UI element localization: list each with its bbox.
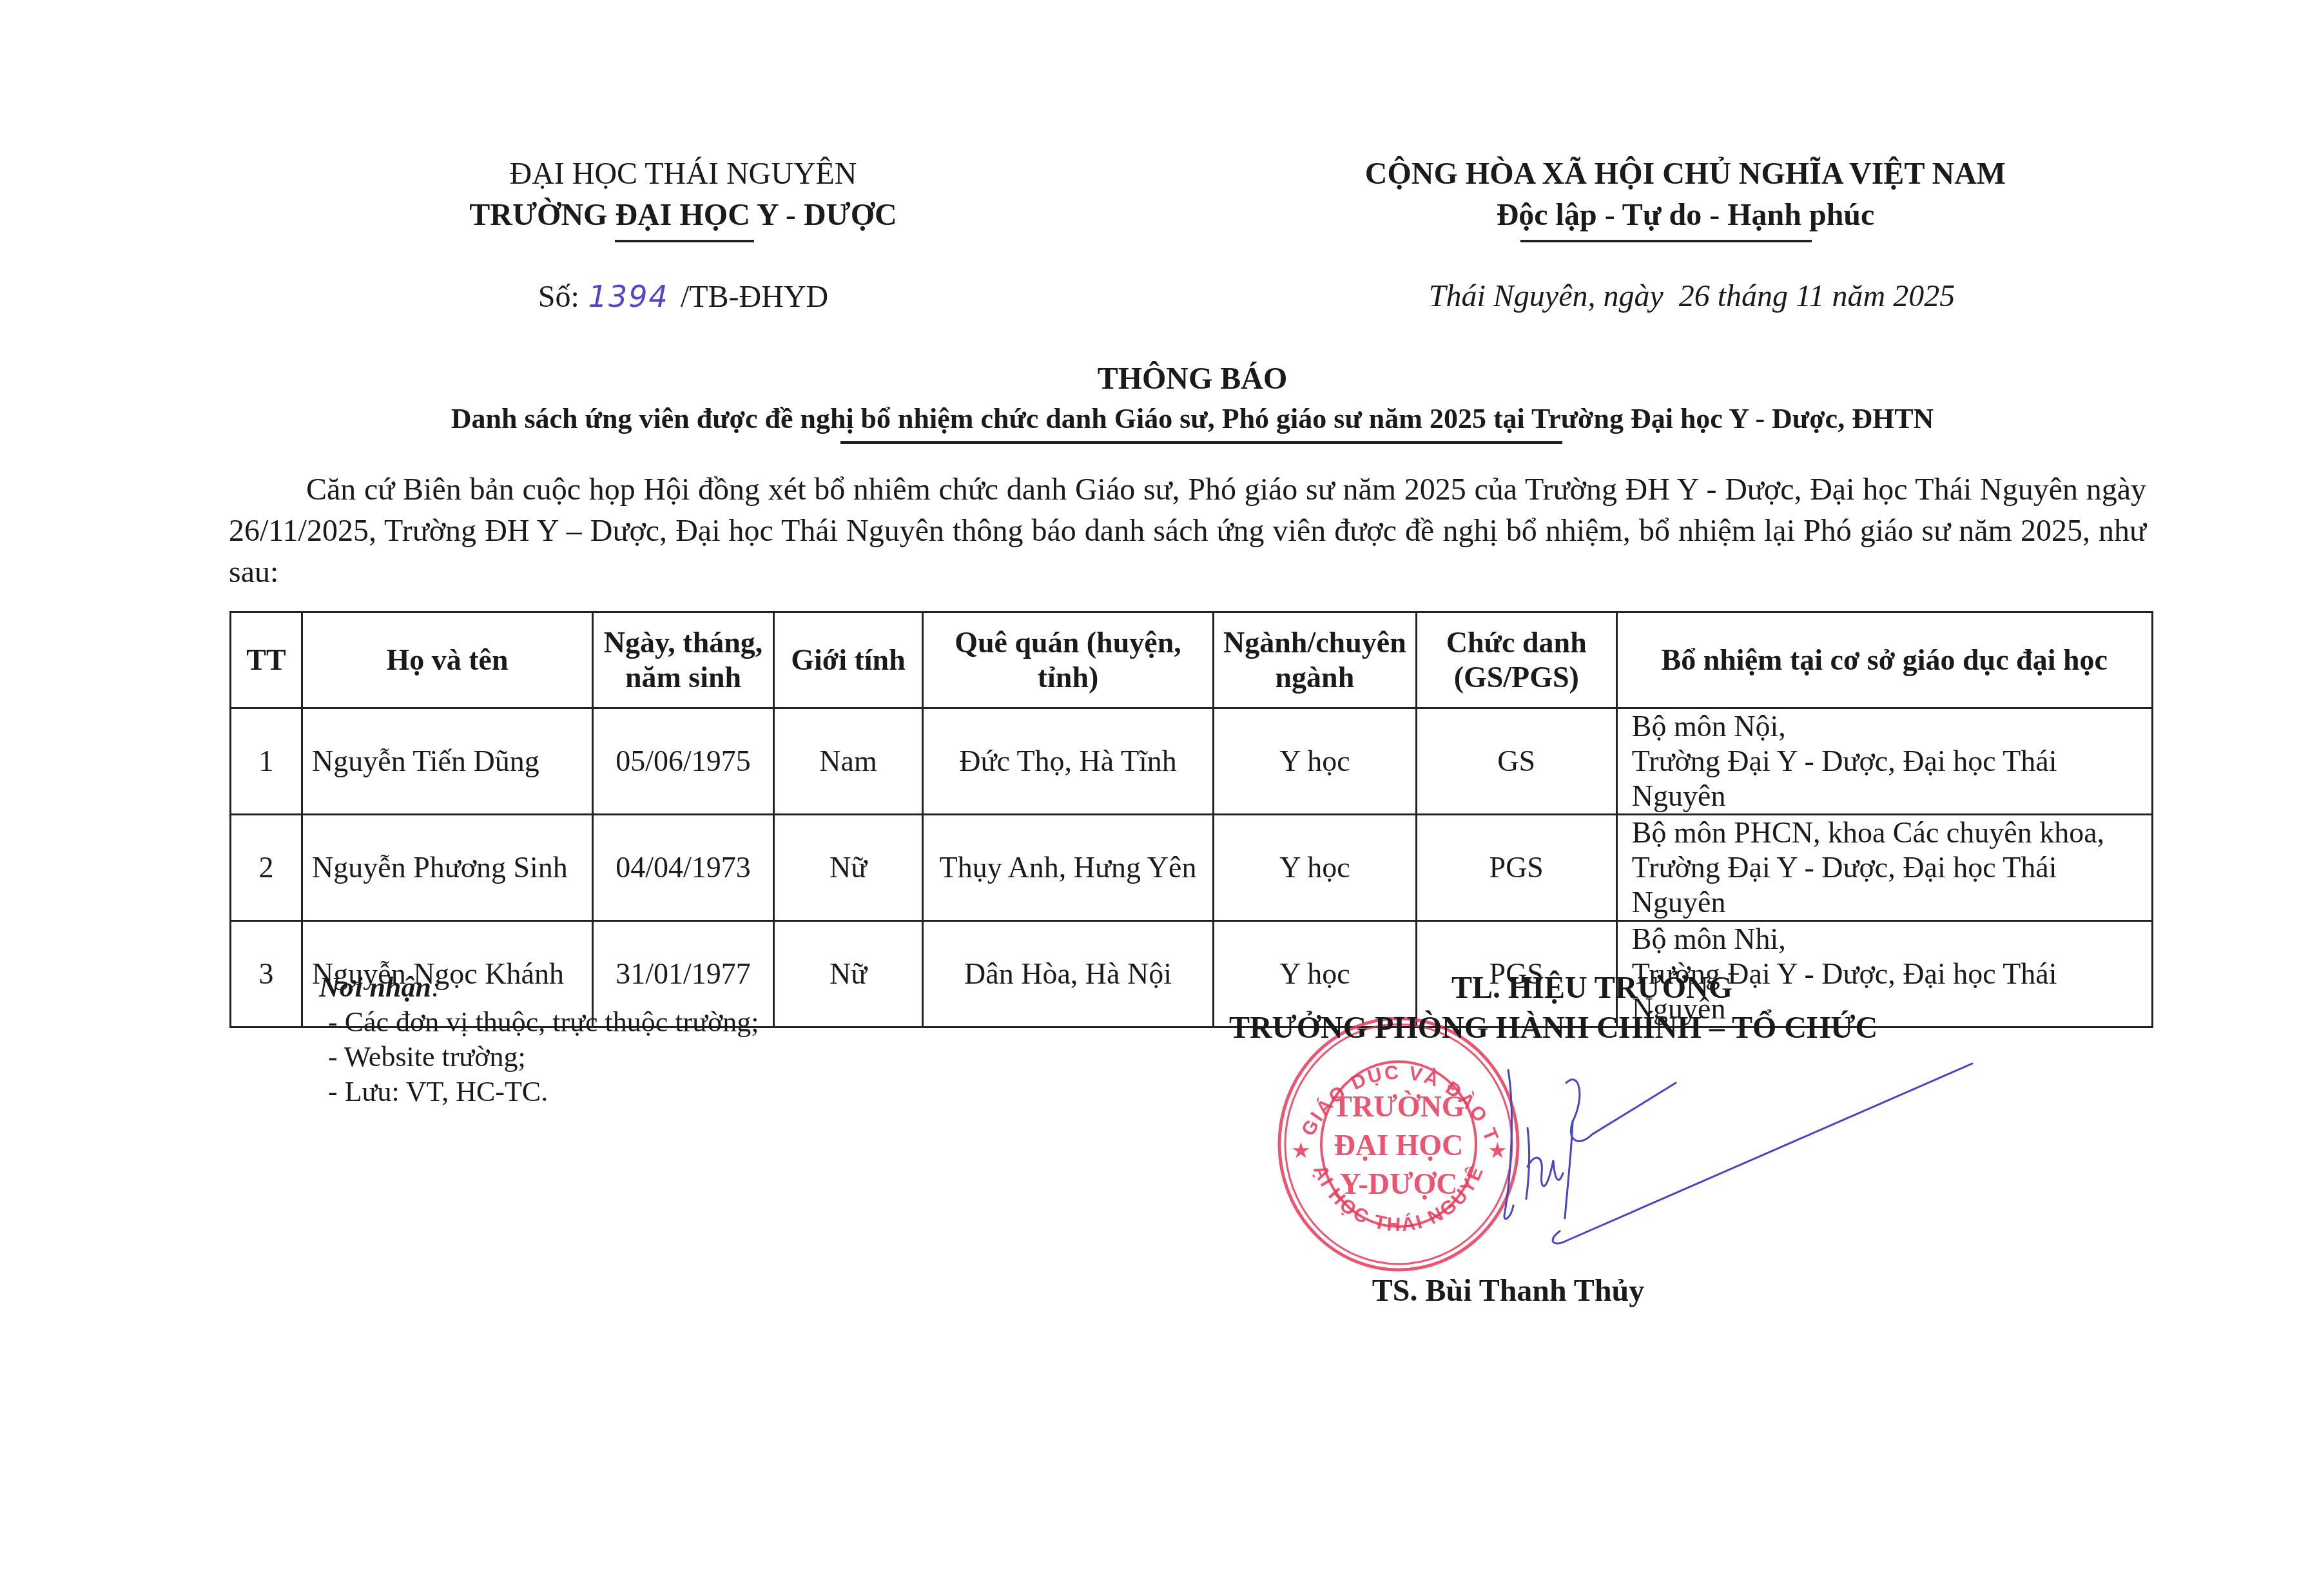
header-left: ĐẠI HỌC THÁI NGUYÊN TRƯỜNG ĐẠI HỌC Y - D… [361,153,1005,318]
parent-org: ĐẠI HỌC THÁI NGUYÊN [361,153,1005,195]
svg-text:TRƯỜNG: TRƯỜNG [1332,1090,1464,1123]
title-rule [840,441,1562,444]
col-header-name: Họ và tên [302,612,593,708]
recipients-heading: Nơi nhận: [319,970,759,1005]
intro-paragraph: Căn cứ Biên bản cuộc họp Hội đồng xét bổ… [229,469,2146,593]
place-line-1: Bộ môn PHCN, khoa Các chuyên khoa, [1632,815,2142,850]
cell-title: GS [1416,708,1616,815]
cell-gender: Nữ [774,921,923,1027]
recipients-heading-text: Nơi nhận [319,971,431,1003]
col-header-title: Chức danh (GS/PGS) [1416,612,1616,708]
cell-name: Nguyễn Phương Sinh [302,815,593,921]
national-motto: Độc lập - Tự do - Hạnh phúc [1237,195,2133,236]
cell-gender: Nữ [774,815,923,921]
place-line-1: Bộ môn Nhi, [1632,922,2142,957]
document-number: Số:1394/TB-ĐHYD [361,276,1005,318]
header-left-rule [615,240,754,242]
candidates-table: TT Họ và tên Ngày, tháng, năm sinh Giới … [229,611,2153,1028]
cell-hometown: Đức Thọ, Hà Tĩnh [923,708,1214,815]
col-header-appointment-place: Bổ nhiệm tại cơ sở giáo dục đại học [1616,612,2152,708]
cell-appointment-place: Bộ môn Nội, Trường Đại Y - Dược, Đại học… [1616,708,2152,815]
svg-text:ĐẠI HỌC: ĐẠI HỌC [1334,1129,1464,1162]
recipients-block: Nơi nhận: - Các đơn vị thuộc, trực thuộc… [319,970,759,1109]
place-line-2: Trường Đại Y - Dược, Đại học Thái Nguyên [1632,850,2142,920]
header-right: CỘNG HÒA XÃ HỘI CHỦ NGHĨA VIỆT NAM Độc l… [1237,153,2133,317]
document-title: THÔNG BÁO [322,358,2062,400]
nation-name: CỘNG HÒA XÃ HỘI CHỦ NGHĨA VIỆT NAM [1237,153,2133,195]
cell-appointment-place: Bộ môn PHCN, khoa Các chuyên khoa, Trườn… [1616,815,2152,921]
col-header-field: Ngành/chuyên ngành [1214,612,1417,708]
doc-no-suffix: /TB-ĐHYD [681,280,828,314]
place-date: Thái Nguyên, ngày 26 tháng 11 năm 2025 [1244,276,2140,317]
cell-gender: Nam [774,708,923,815]
cell-title: PGS [1416,815,1616,921]
cell-dob: 05/06/1975 [593,708,774,815]
recipient-item: - Các đơn vị thuộc, trực thuộc trường; [319,1005,759,1040]
place-line-2: Trường Đại Y - Dược, Đại học Thái Nguyên [1632,744,2142,813]
cell-field: Y học [1214,708,1417,815]
on-behalf-title: TL. HIỆU TRƯỞNG [1173,968,2011,1008]
cell-tt: 1 [231,708,302,815]
cell-tt: 3 [231,921,302,1027]
svg-text:★: ★ [1292,1140,1310,1162]
cell-hometown: Thụy Anh, Hưng Yên [923,815,1214,921]
signer-name: TS. Bùi Thanh Thủy [1353,1273,1663,1309]
table-row: 1 Nguyễn Tiến Dũng 05/06/1975 Nam Đức Th… [231,708,2153,815]
recipient-item: - Lưu: VT, HC-TC. [319,1075,759,1109]
col-header-dob: Ngày, tháng, năm sinh [593,612,774,708]
signature-block: TL. HIỆU TRƯỞNG TRƯỞNG PHÒNG HÀNH CHÍNH … [1173,968,2011,1048]
header-right-rule [1520,240,1812,242]
recipient-item: - Website trường; [319,1040,759,1075]
recipients-heading-colon: : [431,971,441,1003]
svg-text:Y-DƯỢC: Y-DƯỢC [1339,1167,1457,1200]
table-header-row: TT Họ và tên Ngày, tháng, năm sinh Giới … [231,612,2153,708]
handwritten-signature-icon [1482,1057,1998,1251]
doc-no-label: Số: [538,280,579,314]
table-row: 2 Nguyễn Phương Sinh 04/04/1973 Nữ Thụy … [231,815,2153,921]
col-header-gender: Giới tính [774,612,923,708]
cell-name: Nguyễn Tiến Dũng [302,708,593,815]
org-name: TRƯỜNG ĐẠI HỌC Y - DƯỢC [361,195,1005,236]
cell-tt: 2 [231,815,302,921]
col-header-hometown: Quê quán (huyện, tỉnh) [923,612,1214,708]
place-line-1: Bộ môn Nội, [1632,709,2142,744]
document-subtitle: Danh sách ứng viên được đề nghị bổ nhiệm… [322,400,2062,438]
cell-dob: 04/04/1973 [593,815,774,921]
title-block: THÔNG BÁO Danh sách ứng viên được đề ngh… [322,358,2062,444]
cell-field: Y học [1214,815,1417,921]
col-header-tt: TT [231,612,302,708]
doc-no-handwritten: 1394 [588,279,669,314]
signer-position: TRƯỞNG PHÒNG HÀNH CHÍNH – TỔ CHỨC [1134,1008,1972,1048]
